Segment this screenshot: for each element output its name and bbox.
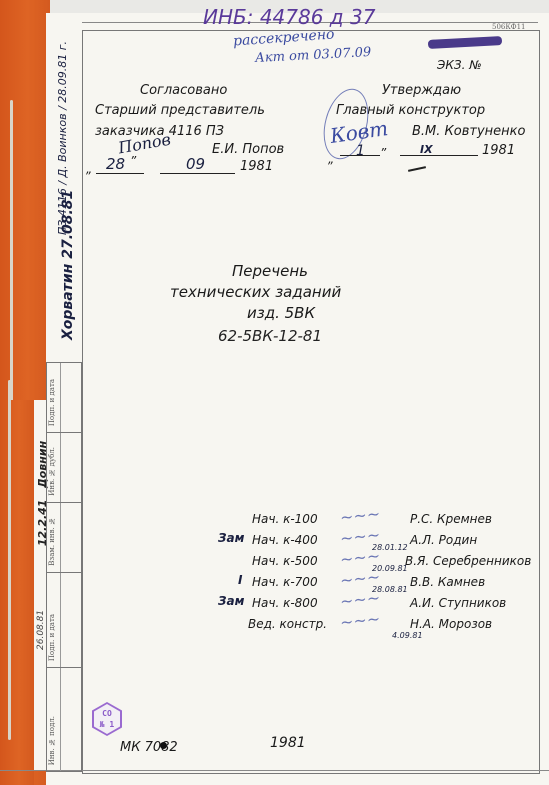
agreed-name: Е.И. Попов [212, 142, 284, 157]
approved-quote-close: ” [380, 146, 386, 160]
agreed-quote-open: „ [86, 162, 92, 176]
agreed-day: 28 [106, 155, 125, 173]
inventory-number: ИНБ: 44786 д 37 [203, 5, 375, 29]
copy-number-label: ЭКЗ. № [437, 58, 482, 72]
signatory-name: Н.А. Морозов [410, 617, 492, 631]
signatory-role: Нач. к-100 [252, 512, 318, 526]
approved-name: В.М. Ковтуненко [412, 124, 525, 139]
agreed-quote-close: ” [130, 154, 136, 168]
signatory-role: Нач. к-400 [252, 533, 318, 547]
margin-note-signature: Хорватин 27.08.81 [60, 240, 76, 340]
signatory-role: Нач. к-500 [252, 554, 318, 568]
footer-year: 1981 [270, 735, 306, 751]
signatory-role: Нач. к-800 [252, 596, 318, 610]
agreed-month-line [160, 173, 235, 174]
doc-number: МК 7082 [120, 740, 178, 755]
signatory-role: Вед. констр. [248, 617, 327, 631]
binder-cover-lower [0, 400, 34, 785]
side-cell-orig-inv: Инв. № подл. [47, 668, 81, 771]
binding-string-lower [8, 380, 11, 740]
signatory-name: В.Я. Серебренников [405, 554, 531, 568]
signatory-name: А.Л. Родин [410, 533, 477, 547]
agreed-year: 1981 [240, 159, 273, 174]
signatory-name: В.В. Камнев [410, 575, 485, 589]
side-cell-replace-inv: Взам. инв. № [47, 503, 81, 573]
approved-month-line [400, 155, 478, 156]
bottom-rule [0, 770, 549, 771]
signatory-name: А.И. Ступников [410, 596, 506, 610]
approved-year: 1981 [482, 143, 515, 158]
agreed-line1: Старший представитель [95, 103, 265, 118]
approved-title: Утверждаю [382, 83, 461, 98]
approved-day-line [340, 155, 380, 156]
signature-date: 4.09.81 [392, 631, 423, 640]
signatory-prefix: I [238, 573, 242, 587]
doc-title-line3: изд. 5ВК [247, 304, 315, 322]
form-code: 506КФ11 [492, 23, 526, 31]
signatory-role: Нач. к-700 [252, 575, 318, 589]
agreed-month: 09 [186, 155, 205, 173]
approved-day: 1 [356, 143, 365, 159]
approved-quote-open: „ [328, 152, 334, 166]
ink-blot [160, 742, 167, 749]
doc-code: 62-5ВК-12-81 [218, 327, 322, 345]
agreed-day-line [96, 173, 144, 174]
margin-note-date: 26.08.81 [36, 560, 46, 650]
signatory-name: Р.С. Кремнев [410, 512, 492, 526]
doc-title-line1: Перечень [232, 262, 308, 280]
agreed-title: Согласовано [140, 83, 227, 98]
signatory-prefix: Зам [218, 594, 244, 608]
side-cell-sign-date-1: Подп. и дата [47, 363, 81, 433]
side-cell-dup-inv: Инв. № дубл. [47, 433, 81, 503]
doc-title-line2: технических заданий [170, 283, 341, 301]
signatory-prefix: Зам [218, 531, 244, 545]
side-cell-sign-date-2: Подп. и дата [47, 573, 81, 668]
side-stamp-table: Подп. и дата Инв. № дубл. Взам. инв. № П… [46, 362, 82, 772]
secrecy-label: секретно [430, 37, 479, 48]
